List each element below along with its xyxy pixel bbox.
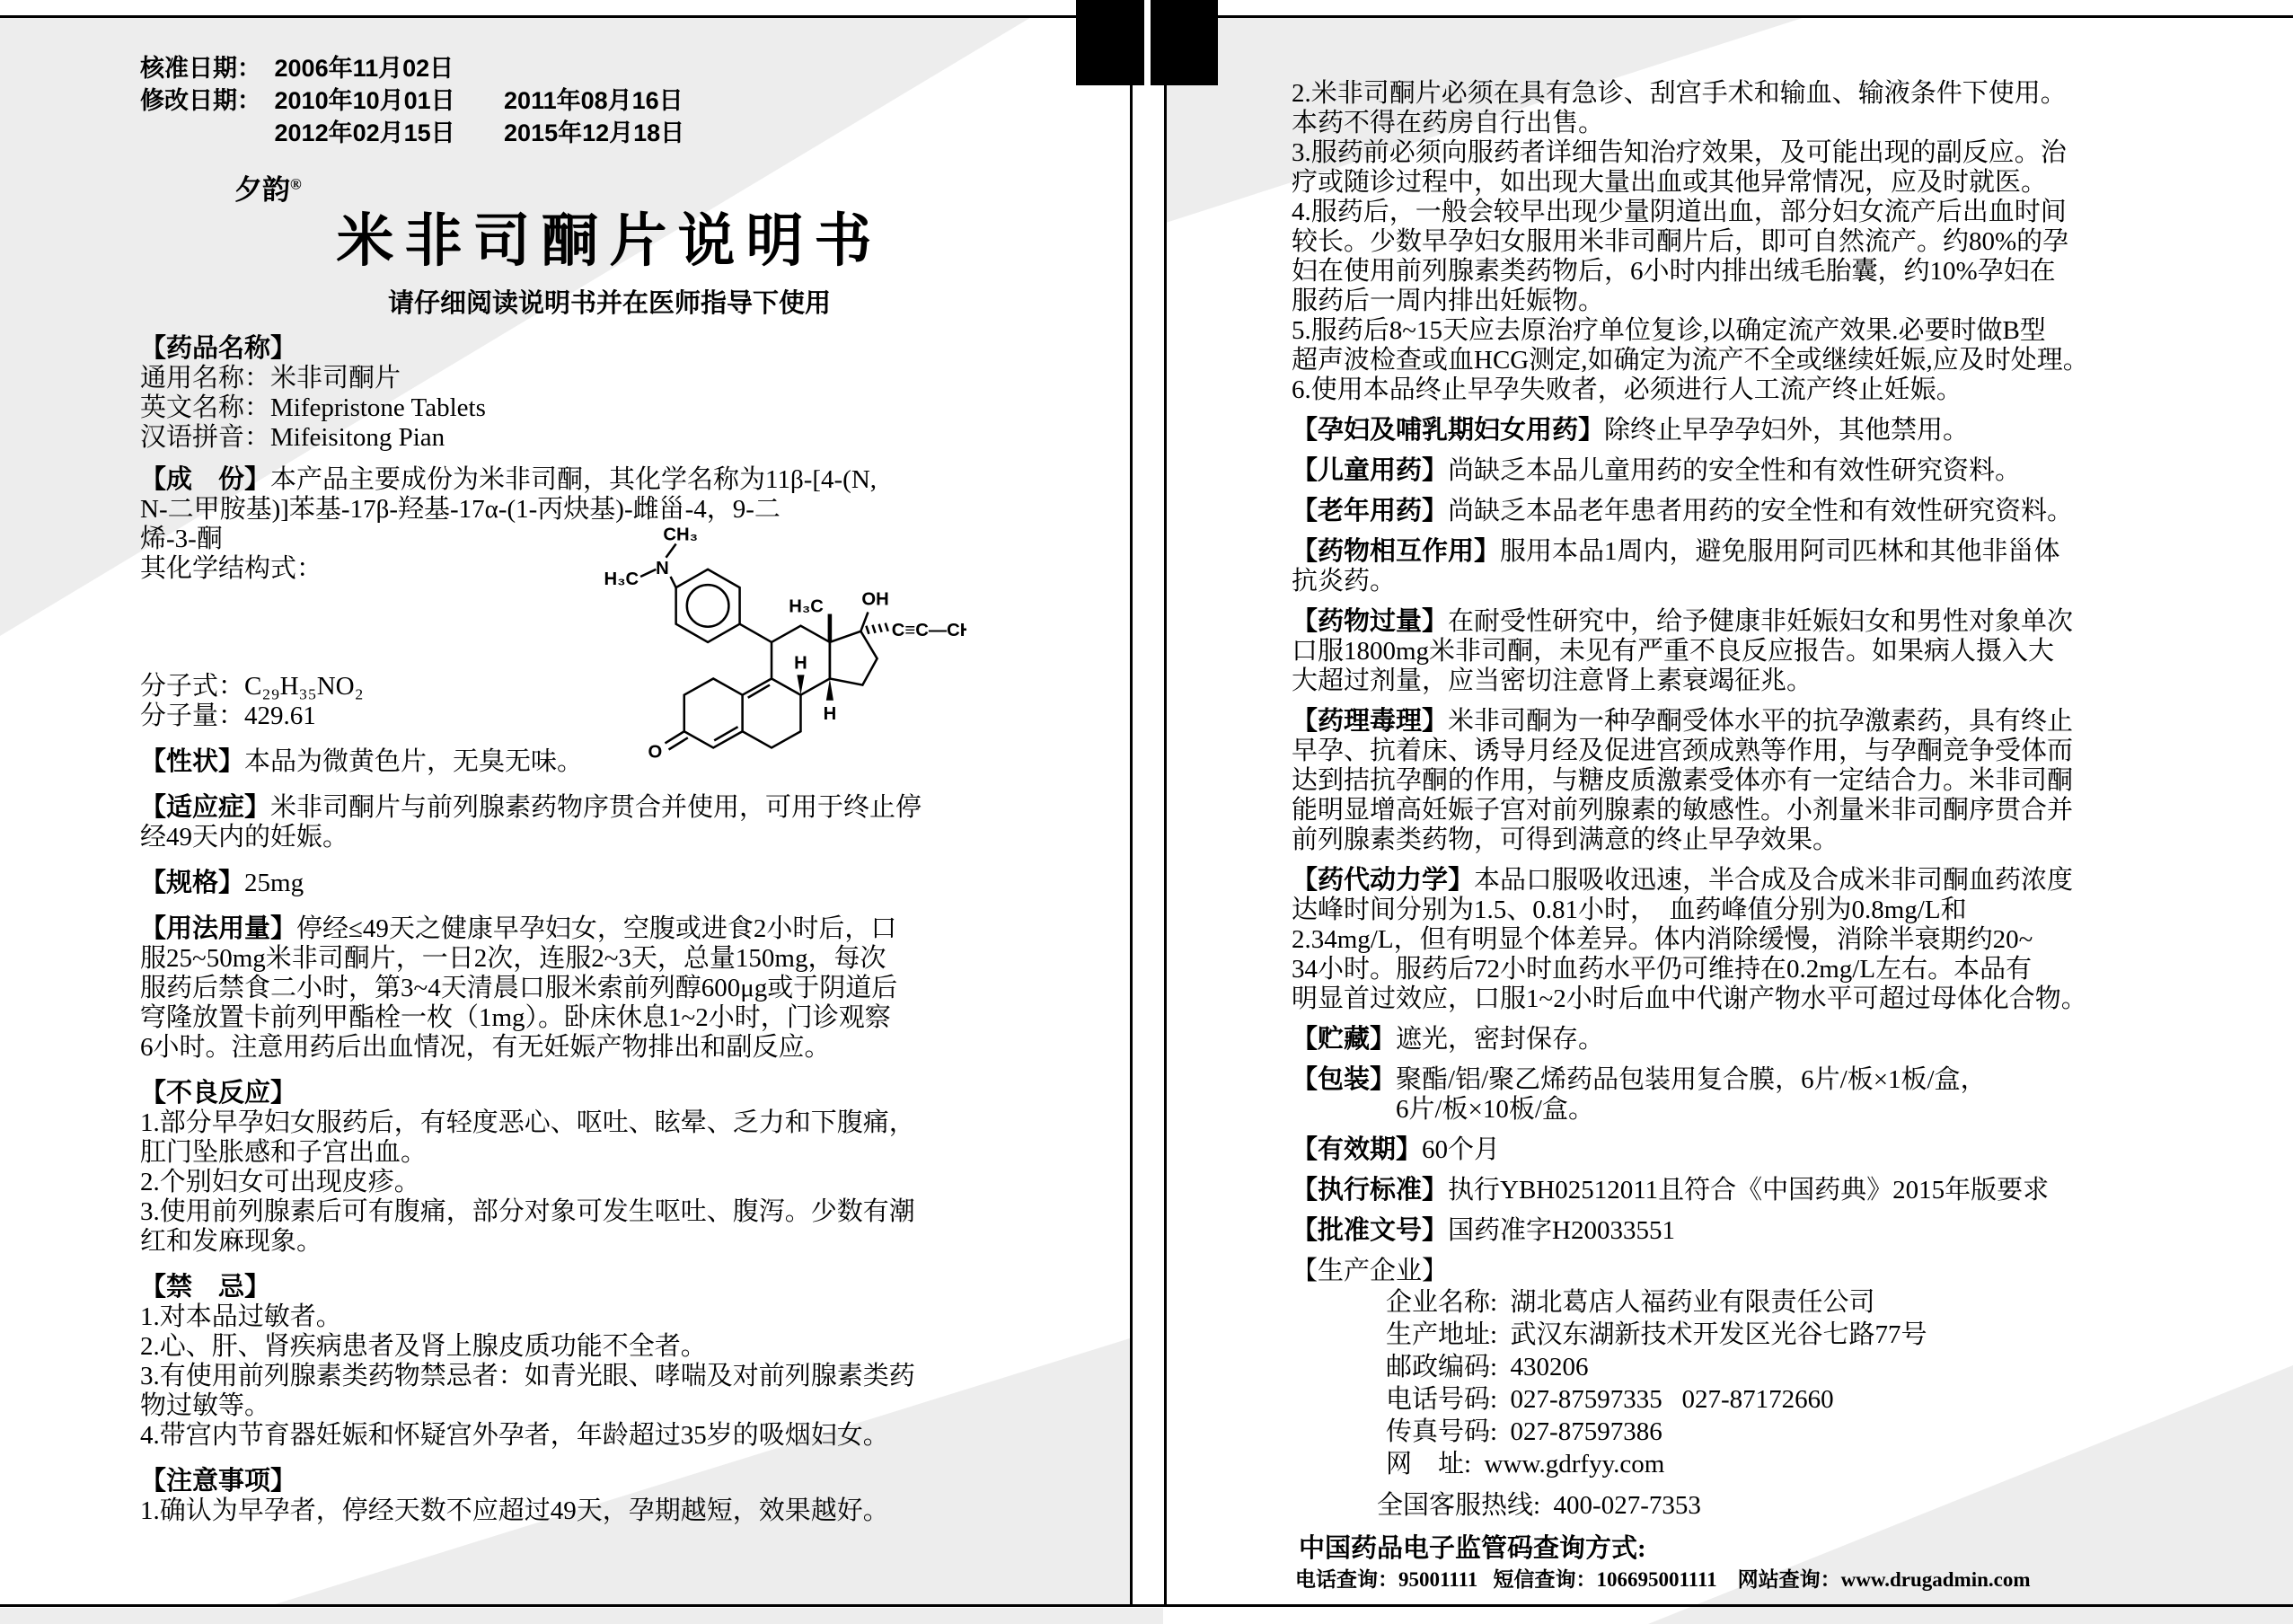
text-line: 【药代动力学】本品口服吸收迅速，半合成及合成米非司酮血药浓度 — [1292, 866, 2209, 896]
brand-name: 夕韵® — [140, 167, 1079, 207]
section-heading: 【药代动力学】 — [1292, 866, 1474, 895]
steroid-ring-a — [684, 678, 743, 747]
text-line: 【药理毒理】米非司酮为一种孕酮受体水平的抗孕激素药，具有终止 — [1292, 707, 2209, 737]
text-line: 4.带宫内节育器妊娠和怀疑宫外孕者，年龄超过35岁的吸烟妇女。 — [140, 1421, 1079, 1451]
supervision-query-methods: 电话查询：95001111 短信查询：106695001111 网站查询：www… — [1292, 1567, 2209, 1593]
atom-label-h-down: H — [824, 704, 837, 724]
section-block: 【有效期】60个月 — [1292, 1135, 2209, 1165]
approval-label: 修改日期： — [140, 84, 268, 117]
section-heading: 【儿童用药】 — [1292, 456, 1448, 485]
section-heading: 【药物相互作用】 — [1292, 537, 1500, 566]
section-heading: 【禁 忌】 — [140, 1273, 270, 1302]
text-line: 穹隆放置卡前列甲酯栓一枚（1mg）。卧床休息1~2小时，门诊观察 — [140, 1003, 1079, 1033]
right-page-sections: 2.米非司酮片必须在具有急诊、刮宫手术和输血、输液条件下使用。本药不得在药房自行… — [1292, 79, 2209, 1246]
text-line: 1.确认为早孕者，停经天数不应超过49天，孕期越短，效果越好。 — [140, 1496, 1079, 1526]
mifepristone-structure-diagram: CH₃ N H₃C O H₃C OH — [571, 510, 966, 783]
section-heading: 【规格】 — [140, 869, 244, 897]
supervision-code-section: 中国药品电子监管码查询方式: 电话查询：95001111 短信查询：106695… — [1292, 1533, 2209, 1593]
text-line: 服药后一周内排出妊娠物。 — [1292, 287, 2209, 316]
text-line: 【包装】聚酯/铝/聚乙烯药品包装用复合膜，6片/板×1板/盒， — [1292, 1065, 2209, 1095]
stereo-wedge-up — [797, 675, 804, 694]
steroid-ring-d — [830, 631, 878, 685]
section-heading: 【批准文号】 — [1292, 1216, 1448, 1245]
page-rule-bottom — [0, 1604, 2293, 1607]
text-line: 【老年用药】尚缺乏本品老年患者用药的安全性和有效性研究资料。 — [1292, 497, 2209, 526]
text-line: 通用名称：米非司酮片 — [140, 364, 1079, 393]
text-line: 3.服药前必须向服药者详细告知治疗效果，及可能出现的副反应。治 — [1292, 138, 2209, 168]
text-line: 34小时。服药后72小时血药水平仍可维持在0.2mg/L左右。本品有 — [1292, 955, 2209, 984]
page-subtitle: 请仔细阅读说明书并在医师指导下使用 — [140, 283, 1079, 320]
text-line: 6.使用本品终止早孕失败者，必须进行人工流产终止妊娠。 — [1292, 375, 2209, 405]
section-block: 【执行标准】执行YBH02512011且符合《中国药典》2015年版要求 — [1292, 1176, 2209, 1205]
section-block: 2.米非司酮片必须在具有急诊、刮宫手术和输血、输液条件下使用。本药不得在药房自行… — [1292, 79, 2209, 405]
page-right: 2.米非司酮片必须在具有急诊、刮宫手术和输血、输液条件下使用。本药不得在药房自行… — [1292, 79, 2209, 1593]
text-line: 3.有使用前列腺素类药物禁忌者：如青光眼、哮喘及对前列腺素类药 — [140, 1362, 1079, 1391]
approval-row: 核准日期： 2006年11月02日 — [140, 52, 1079, 84]
section-block: 【药理毒理】米非司酮为一种孕酮受体水平的抗孕激素药，具有终止早孕、抗着床、诱导月… — [1292, 707, 2209, 855]
text-line: 【不良反应】 — [140, 1079, 1079, 1108]
section-heading: 【药理毒理】 — [1292, 707, 1448, 736]
approval-label: 核准日期： — [140, 52, 268, 84]
section-block: 【儿童用药】尚缺乏本品儿童用药的安全性和有效性研究资料。 — [1292, 456, 2209, 486]
registered-mark: ® — [290, 176, 302, 193]
text-line: 【执行标准】执行YBH02512011且符合《中国药典》2015年版要求 — [1292, 1176, 2209, 1205]
section-heading: 【老年用药】 — [1292, 497, 1448, 525]
fold-line-right — [1164, 85, 1167, 1604]
text-line: 【批准文号】国药准字H20033551 — [1292, 1216, 2209, 1246]
manufacturer-details: 企业名称: 湖北葛店人福药业有限责任公司生产地址: 武汉东湖新技术开发区光谷七路… — [1292, 1286, 2209, 1480]
atom-label-n: N — [656, 559, 669, 578]
text-line: 前列腺素类药物，可得到满意的终止早孕效果。 — [1292, 825, 2209, 855]
section-block: 【药代动力学】本品口服吸收迅速，半合成及合成米非司酮血药浓度达峰时间分别为1.5… — [1292, 866, 2209, 1014]
text-line: 服药后禁食二小时，第3~4天清晨口服米索前列醇600μg或于阴道后 — [140, 974, 1079, 1003]
section-block: 【药物过量】在耐受性研究中，给予健康非妊娠妇女和男性对象单次口服1800mg米非… — [1292, 607, 2209, 696]
text-line: 企业名称: 湖北葛店人福药业有限责任公司 — [1386, 1286, 2209, 1319]
approval-date: 2015年12月18日 — [504, 119, 684, 146]
approval-date: 2012年02月15日 — [275, 117, 498, 149]
atom-label-h3c: H₃C — [604, 569, 639, 589]
leaflet-scan: { "colors": {"ink": "#000000", "paper": … — [0, 0, 2293, 1624]
section-block: 【孕妇及哺乳期妇女用药】除终止早孕孕妇外，其他禁用。 — [1292, 416, 2209, 446]
section-heading: 【用法用量】 — [140, 914, 296, 943]
section-heading: 【有效期】 — [1292, 1135, 1422, 1164]
approval-date: 2006年11月02日 — [275, 52, 498, 84]
section-heading: 【贮藏】 — [1292, 1025, 1396, 1054]
section-block: 【适应症】米非司酮片与前列腺素药物序贯合并使用，可用于终止停经49天内的妊娠。 — [140, 793, 1079, 852]
drug-name-section: 【药品名称】通用名称：米非司酮片英文名称：Mifepristone Tablet… — [140, 334, 1079, 453]
text-line: 【药品名称】 — [140, 334, 1079, 364]
section-heading: 【成 份】 — [140, 465, 270, 494]
section-block: 【贮藏】遮光，密封保存。 — [1292, 1025, 2209, 1055]
section-heading: 【药物过量】 — [1292, 607, 1448, 636]
text-line: 口服1800mg米非司酮，未见有严重不良反应报告。如果病人摄入大 — [1292, 637, 2209, 666]
text-line: 本药不得在药房自行出售。 — [1292, 109, 2209, 138]
approval-row: 2012年02月15日 2015年12月18日 — [140, 117, 1079, 149]
atom-label-h-up: H — [794, 653, 807, 673]
approval-date: 2010年10月01日 — [275, 84, 498, 117]
text-line: 4.服药后，一般会较早出现少量阴道出血，部分妇女流产后出血时间 — [1292, 198, 2209, 227]
text-line: 【药物相互作用】服用本品1周内，避免服用阿司匹林和其他非甾体 — [1292, 537, 2209, 567]
section-block: 【注意事项】1.确认为早孕者，停经天数不应超过49天，孕期越短，效果越好。 — [140, 1467, 1079, 1526]
section-block: 【禁 忌】1.对本品过敏者。2.心、肝、肾疾病患者及肾上腺皮质功能不全者。3.有… — [140, 1273, 1079, 1451]
section-heading: 【孕妇及哺乳期妇女用药】 — [1292, 416, 1604, 445]
text-line: 1.对本品过敏者。 — [140, 1302, 1079, 1332]
section-heading: 【适应症】 — [140, 793, 270, 822]
text-line: 传真号码: 027-87597386 — [1386, 1416, 2209, 1448]
section-heading: 【执行标准】 — [1292, 1176, 1448, 1205]
text-line: 英文名称：Mifepristone Tablets — [140, 393, 1079, 423]
propynyl-group-label: C≡C—CH₃ — [892, 621, 966, 640]
text-line: 【注意事项】 — [140, 1467, 1079, 1496]
section-heading: 【不良反应】 — [140, 1079, 296, 1108]
text-line: 大超过剂量，应当密切注意肾上素衰竭征兆。 — [1292, 666, 2209, 696]
text-line: 邮政编码: 430206 — [1386, 1351, 2209, 1383]
text-line: 2.34mg/L，但有明显个体差异。体内消除缓慢，消除半衰期约20~ — [1292, 925, 2209, 955]
section-block: 【用法用量】停经≤49天之健康早孕妇女，空腹或进食2小时后，口服25~50mg米… — [140, 914, 1079, 1063]
benzene-ring — [676, 569, 740, 642]
text-line: 服25~50mg米非司酮片，一日2次，连服2~3天，总量150mg，每次 — [140, 944, 1079, 974]
text-line: 妇在使用前列腺素类药物后，6小时内排出绒毛胎囊，约10%孕妇在 — [1292, 257, 2209, 287]
approval-row: 修改日期： 2010年10月01日 2011年08月16日 — [140, 84, 1079, 117]
section-block: 【包装】聚酯/铝/聚乙烯药品包装用复合膜，6片/板×1板/盒， 6片/板×10板… — [1292, 1065, 2209, 1125]
text-line: 抗炎药。 — [1292, 567, 2209, 596]
text-line: 【成 份】本产品主要成份为米非司酮，其化学名称为11β-[4-(N, — [140, 465, 1079, 495]
text-line: 较长。少数早孕妇女服用米非司酮片后，即可自然流产。约80%的孕 — [1292, 227, 2209, 257]
section-block: 【药品名称】通用名称：米非司酮片英文名称：Mifepristone Tablet… — [140, 334, 1079, 453]
aromatic-circle — [687, 585, 729, 627]
text-line: 达峰时间分别为1.5、0.81小时， 血药峰值分别为0.8mg/L和 — [1292, 896, 2209, 925]
text-line: 明显首过效应，口服1~2小时后血中代谢产物水平可超过母体化合物。 — [1292, 984, 2209, 1014]
text-line: 【贮藏】遮光，密封保存。 — [1292, 1025, 2209, 1055]
scan-shade-bottom-strip — [0, 1608, 1163, 1624]
approval-date: 2011年08月16日 — [504, 87, 683, 114]
text-line: 6小时。注意用药后出血情况，有无妊娠产物排出和副反应。 — [140, 1033, 1079, 1063]
text-line: 3.使用前列腺素后可有腹痛，部分对象可发生呕吐、腹泻。少数有潮 — [140, 1197, 1079, 1227]
text-line: 生产地址: 武汉东湖新技术开发区光谷七路77号 — [1386, 1319, 2209, 1351]
atom-label-oh: OH — [861, 589, 888, 609]
text-line: 5.服药后8~15天应去原治疗单位复诊,以确定流产效果.必要时做B型 — [1292, 316, 2209, 346]
fold-mark — [1076, 0, 1218, 85]
section-block: 【药物相互作用】服用本品1周内，避免服用阿司匹林和其他非甾体抗炎药。 — [1292, 537, 2209, 596]
text-line: 2.米非司酮片必须在具有急诊、刮宫手术和输血、输液条件下使用。 — [1292, 79, 2209, 109]
text-line: 【规格】25mg — [140, 869, 1079, 898]
section-heading: 【注意事项】 — [140, 1467, 296, 1496]
text-line: 超声波检查或血HCG测定,如确定为流产不全或继续妊娠,应及时处理。 — [1292, 346, 2209, 375]
section-block: 【老年用药】尚缺乏本品老年患者用药的安全性和有效性研究资料。 — [1292, 497, 2209, 526]
text-line: 红和发麻现象。 — [140, 1227, 1079, 1257]
text-line: 【药物过量】在耐受性研究中，给予健康非妊娠妇女和男性对象单次 — [1292, 607, 2209, 637]
text-line: 【用法用量】停经≤49天之健康早孕妇女，空腹或进食2小时后，口 — [140, 914, 1079, 944]
service-hotline: 全国客服热线: 400-027-7353 — [1292, 1491, 2209, 1521]
text-line: 【儿童用药】尚缺乏本品儿童用药的安全性和有效性研究资料。 — [1292, 456, 2209, 486]
text-line: 2.个别妇女可出现皮疹。 — [140, 1168, 1079, 1197]
left-page-sections: 【性状】本品为微黄色片，无臭无味。【适应症】米非司酮片与前列腺素药物序贯合并使用… — [140, 747, 1079, 1526]
text-line: 能明显增高妊娠子宫对前列腺素的敏感性。小剂量米非司酮序贯合并 — [1292, 796, 2209, 825]
text-line: 2.心、肝、肾疾病患者及肾上腺皮质功能不全者。 — [140, 1332, 1079, 1362]
text-line: 【孕妇及哺乳期妇女用药】除终止早孕孕妇外，其他禁用。 — [1292, 416, 2209, 446]
supervision-title: 中国药品电子监管码查询方式: — [1292, 1533, 2209, 1564]
section-block: 【不良反应】1.部分早孕妇女服药后，有轻度恶心、呕吐、眩晕、乏力和下腹痛，肛门坠… — [140, 1079, 1079, 1257]
stereo-wedge-down — [826, 678, 833, 700]
manufacturer-section: 【生产企业】 企业名称: 湖北葛店人福药业有限责任公司生产地址: 武汉东湖新技术… — [1292, 1257, 2209, 1521]
manufacturer-heading: 【生产企业】 — [1292, 1257, 2209, 1286]
text-line: 早孕、抗着床、诱导月经及促进宫颈成熟等作用，与孕酮竞争受体而 — [1292, 737, 2209, 766]
text-line: 1.部分早孕妇女服药后，有轻度恶心、呕吐、眩晕、乏力和下腹痛， — [140, 1108, 1079, 1138]
text-line: 达到拮抗孕酮的作用，与糖皮质激素受体亦有一定结合力。米非司酮 — [1292, 766, 2209, 796]
section-heading: 【性状】 — [140, 747, 244, 776]
text-line: 电话号码: 027-87597335 027-87172660 — [1386, 1383, 2209, 1416]
section-heading: 【包装】 — [1292, 1065, 1396, 1094]
text-line: 疗或随诊过程中，如出现大量出血或其他异常情况，应及时就医。 — [1292, 168, 2209, 198]
text-line: 网 址: www.gdrfyy.com — [1386, 1448, 2209, 1480]
fold-line-left — [1130, 85, 1133, 1604]
composition-section: 【成 份】本产品主要成份为米非司酮，其化学名称为11β-[4-(N,N-二甲胺基… — [140, 465, 1079, 731]
text-line: 【禁 忌】 — [140, 1273, 1079, 1302]
text-line: 经49天内的妊娠。 — [140, 823, 1079, 852]
text-line: 6片/板×10板/盒。 — [1292, 1095, 2209, 1125]
section-block: 【规格】25mg — [140, 869, 1079, 898]
text-line: 汉语拼音：Mifeisitong Pian — [140, 423, 1079, 453]
page-title: 米非司酮片说明书 — [140, 211, 1079, 272]
section-block: 【批准文号】国药准字H20033551 — [1292, 1216, 2209, 1246]
text-line: 肛门坠胀感和子宫出血。 — [140, 1138, 1079, 1168]
atom-label-ch3: CH₃ — [663, 525, 698, 544]
text-line: 【适应症】米非司酮片与前列腺素药物序贯合并使用，可用于终止停 — [140, 793, 1079, 823]
page-left: 核准日期： 2006年11月02日 修改日期： 2010年10月01日 2011… — [140, 52, 1079, 1526]
text-line: 物过敏等。 — [140, 1391, 1079, 1421]
approval-dates: 核准日期： 2006年11月02日 修改日期： 2010年10月01日 2011… — [140, 52, 1079, 149]
section-heading: 【药品名称】 — [140, 334, 296, 363]
brand-text: 夕韵 — [234, 174, 290, 206]
atom-label-h3c-c13: H₃C — [789, 596, 824, 616]
atom-label-o: O — [648, 743, 662, 763]
text-line: 【有效期】60个月 — [1292, 1135, 2209, 1165]
